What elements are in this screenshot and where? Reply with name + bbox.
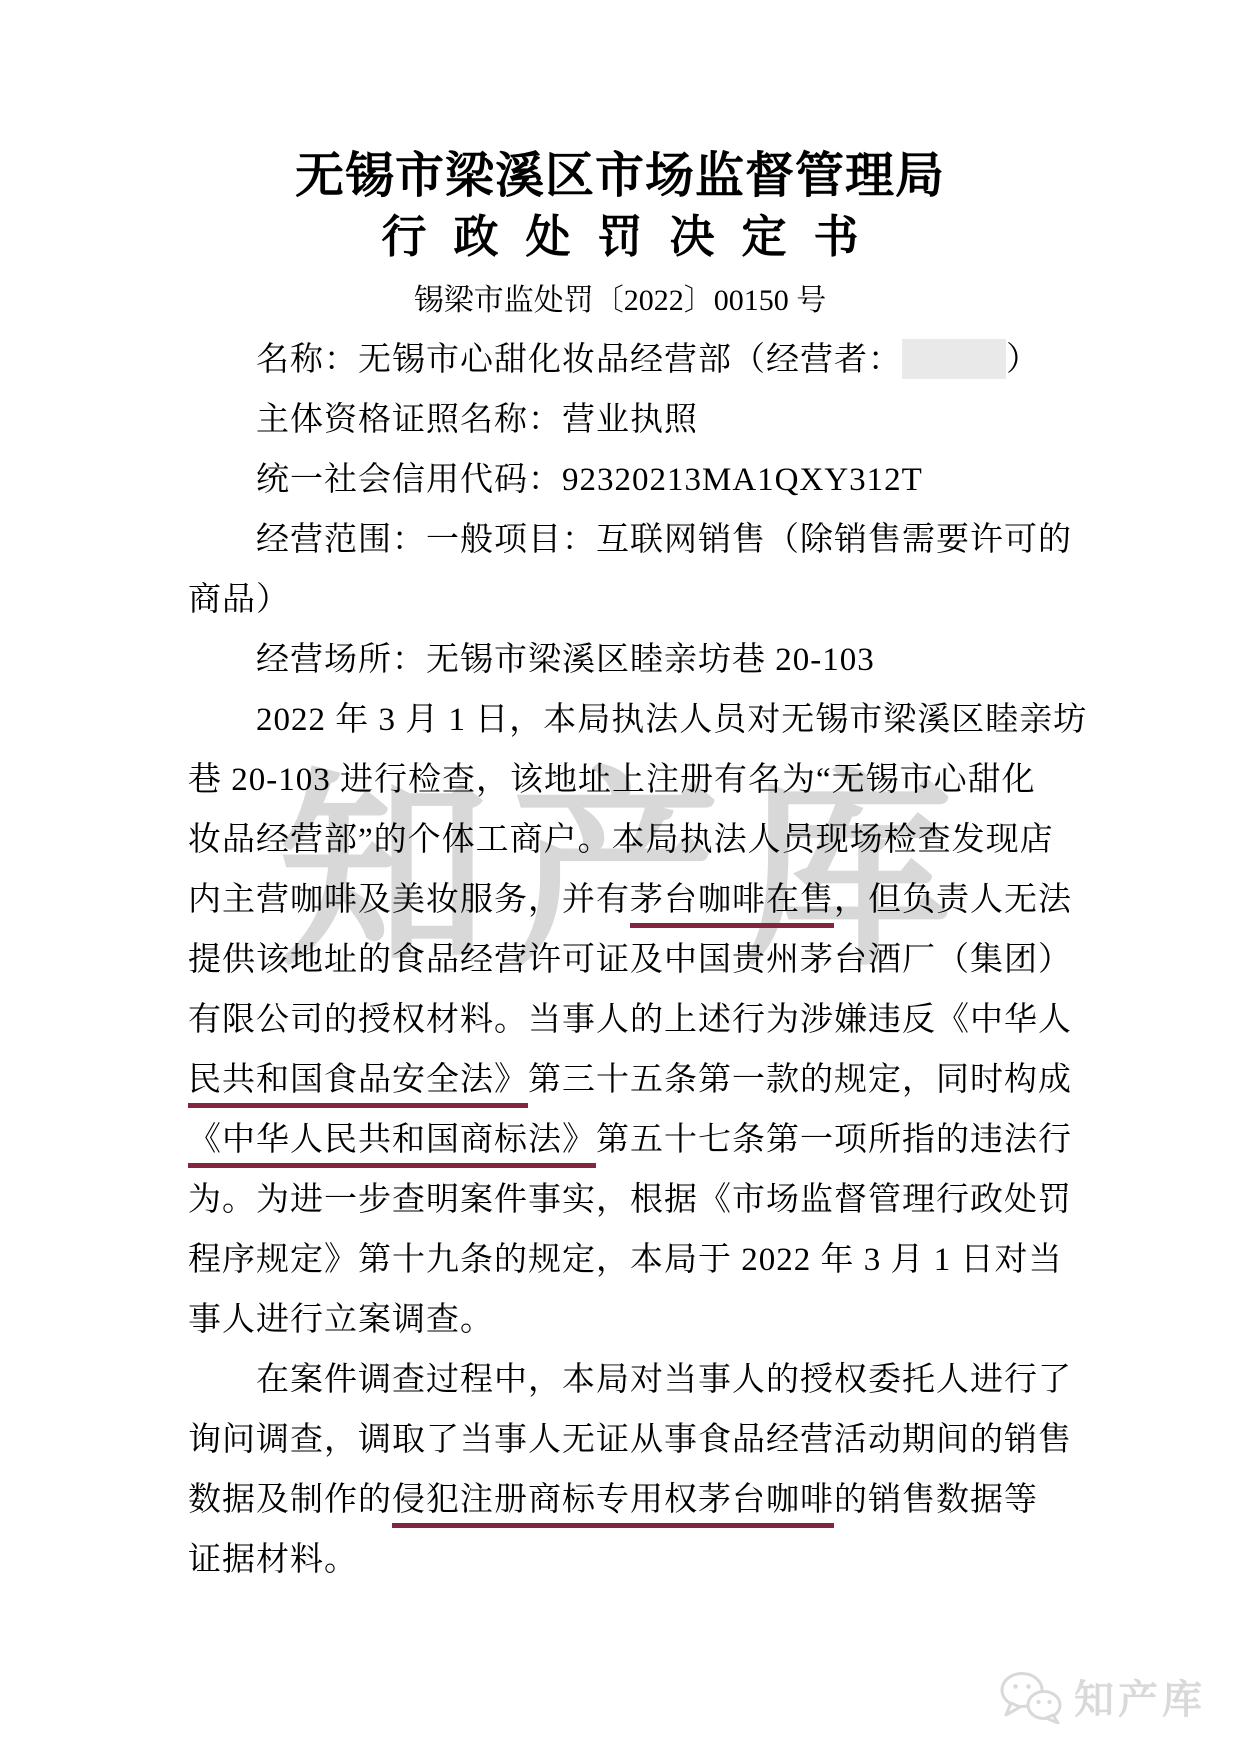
body-line: 统一社会信用代码：92320213MA1QXY312T [188,450,1088,510]
text-segment: 证据材料。 [188,1542,358,1578]
org-title: 无锡市梁溪区市场监督管理局 [0,148,1240,204]
doc-title-text: 行政处罚决定书 [381,212,885,262]
body-line: 数据及制作的侵犯注册商标专用权茅台咖啡的销售数据等 [188,1470,1088,1530]
doc-number: 锡梁市监处罚〔2022〕00150 号 [0,282,1240,320]
text-segment: 经营场所：无锡市梁溪区睦亲坊巷 20-103 [256,642,875,678]
doc-title: 行政处罚决定书 [0,210,1240,264]
text-segment: ） [1006,342,1040,378]
document-page: 知产库 无锡市梁溪区市场监督管理局 行政处罚决定书 锡梁市监处罚〔2022〕00… [0,0,1240,1753]
underlined-text: 茅台咖啡在售 [630,882,834,928]
underlined-text: 《中华人民共和国商标法》 [188,1122,596,1168]
body-line: 民共和国食品安全法》第三十五条第一款的规定，同时构成 [188,1050,1088,1110]
body-line: 提供该地址的食品经营许可证及中国贵州茅台酒厂（集团） [188,930,1088,990]
body-line: 内主营咖啡及美妆服务，并有茅台咖啡在售，但负责人无法 [188,870,1088,930]
text-segment: 内主营咖啡及美妆服务，并有 [188,882,630,918]
text-segment: 巷 20-103 进行检查，该地址上注册有名为“无锡市心甜化 [188,762,1036,798]
body-line: 商品） [188,570,1088,630]
body-line: 证据材料。 [188,1530,1088,1590]
text-segment: 有限公司的授权材料。当事人的上述行为涉嫌违反《中华人 [188,1002,1072,1038]
body-line: 经营范围：一般项目：互联网销售（除销售需要许可的 [188,510,1088,570]
footer-brand-text: 知产库 [1074,1668,1206,1725]
text-segment: 在案件调查过程中，本局对当事人的授权委托人进行了 [256,1362,1072,1398]
wechat-icon [998,1670,1064,1724]
body-line: 经营场所：无锡市梁溪区睦亲坊巷 20-103 [188,630,1088,690]
text-segment: 统一社会信用代码：92320213MA1QXY312T [256,462,923,498]
text-segment: 妆品经营部”的个体工商户。本局执法人员现场检查发现店 [188,822,1054,858]
text-segment: 事人进行立案调查。 [188,1302,494,1338]
body-line: 主体资格证照名称：营业执照 [188,390,1088,450]
text-segment: ，但负责人无法 [834,882,1072,918]
underlined-text: 民共和国食品安全法》 [188,1062,528,1108]
footer-brand: 知产库 [998,1668,1206,1725]
body-line: 事人进行立案调查。 [188,1290,1088,1350]
text-segment: 为。为进一步查明案件事实，根据《市场监督管理行政处罚 [188,1182,1072,1218]
redaction-box [902,339,1006,379]
underlined-text: 侵犯注册商标专用权茅台咖啡 [392,1482,834,1528]
text-segment: 提供该地址的食品经营许可证及中国贵州茅台酒厂（集团） [188,942,1072,978]
text-segment: 商品） [188,582,290,618]
body-line: 妆品经营部”的个体工商户。本局执法人员现场检查发现店 [188,810,1088,870]
body-line: 名称：无锡市心甜化妆品经营部（经营者：） [188,330,1088,390]
body-line: 询问调查，调取了当事人无证从事食品经营活动期间的销售 [188,1410,1088,1470]
text-segment: 第三十五条第一款的规定，同时构成 [528,1062,1072,1098]
body-line: 为。为进一步查明案件事实，根据《市场监督管理行政处罚 [188,1170,1088,1230]
text-segment: 询问调查，调取了当事人无证从事食品经营活动期间的销售 [188,1422,1072,1458]
text-segment: 2022 年 3 月 1 日，本局执法人员对无锡市梁溪区睦亲坊 [256,702,1087,738]
body-line: 《中华人民共和国商标法》第五十七条第一项所指的违法行 [188,1110,1088,1170]
body-line: 2022 年 3 月 1 日，本局执法人员对无锡市梁溪区睦亲坊 [188,690,1088,750]
text-segment: 的销售数据等 [834,1482,1038,1518]
body-line: 有限公司的授权材料。当事人的上述行为涉嫌违反《中华人 [188,990,1088,1050]
text-segment: 名称：无锡市心甜化妆品经营部（经营者： [256,342,902,378]
text-segment: 第五十七条第一项所指的违法行 [596,1122,1072,1158]
text-segment: 主体资格证照名称：营业执照 [256,402,698,438]
body-line: 巷 20-103 进行检查，该地址上注册有名为“无锡市心甜化 [188,750,1088,810]
body-line: 程序规定》第十九条的规定，本局于 2022 年 3 月 1 日对当 [188,1230,1088,1290]
document-body: 名称：无锡市心甜化妆品经营部（经营者：）主体资格证照名称：营业执照统一社会信用代… [188,330,1088,1590]
text-segment: 经营范围：一般项目：互联网销售（除销售需要许可的 [256,522,1072,558]
body-line: 在案件调查过程中，本局对当事人的授权委托人进行了 [188,1350,1088,1410]
text-segment: 程序规定》第十九条的规定，本局于 2022 年 3 月 1 日对当 [188,1242,1063,1278]
text-segment: 数据及制作的 [188,1482,392,1518]
